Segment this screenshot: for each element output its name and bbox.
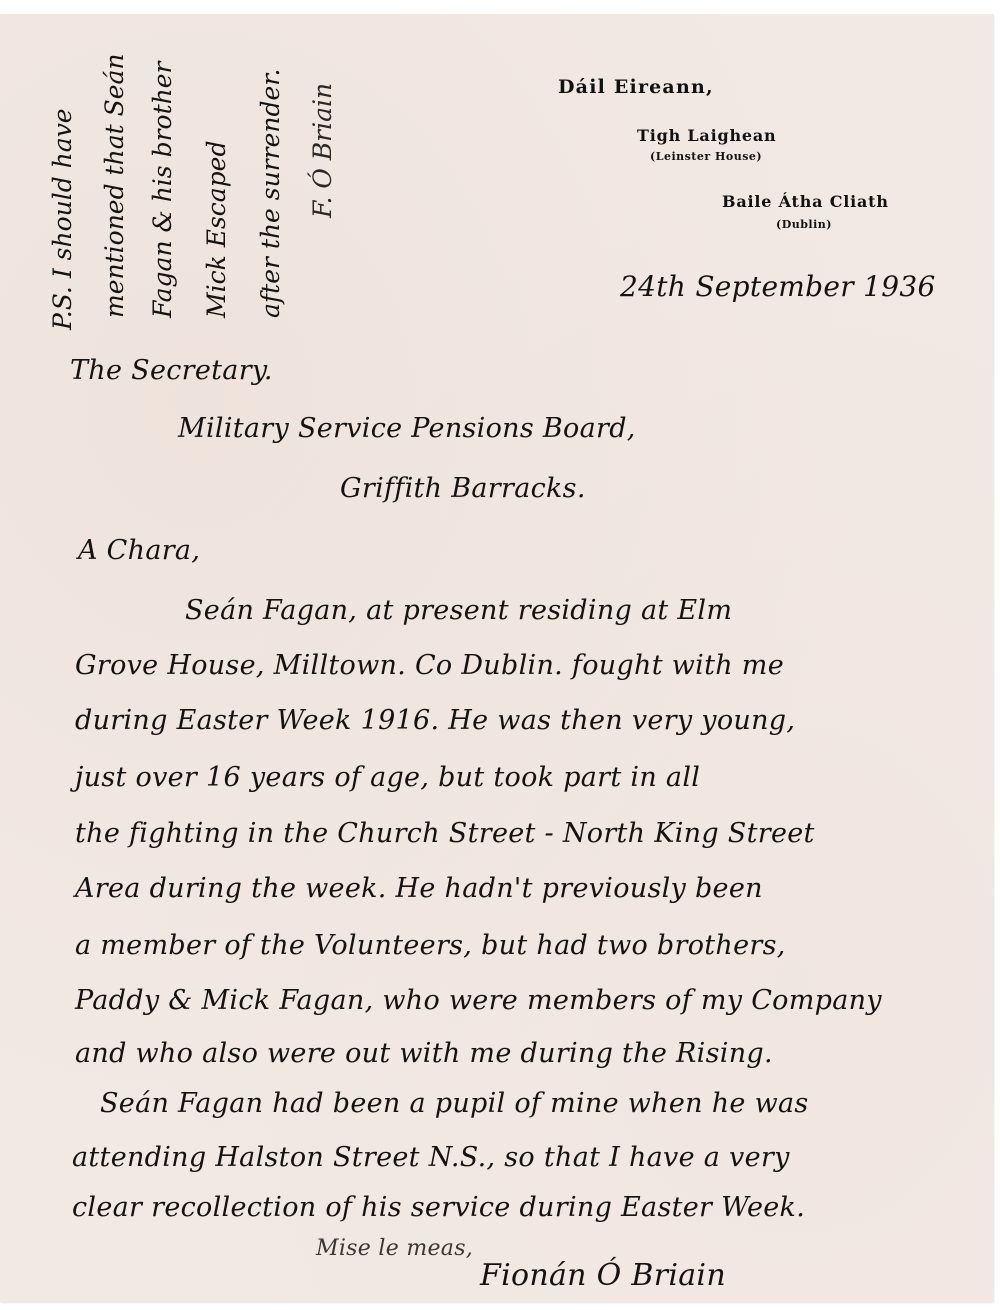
letterhead-building-english: (Leinster House) (650, 150, 762, 163)
body-line: attending Halston Street N.S., so that I… (72, 1142, 790, 1173)
body-line: Grove House, Milltown. Co Dublin. fought… (75, 650, 784, 681)
postscript-line: mentioned that Seán (100, 53, 129, 318)
postscript-line: P.S. I should have (48, 108, 77, 330)
letterhead-city-irish: Baile Átha Cliath (722, 192, 889, 211)
letterhead-title: Dáil Eireann, (558, 76, 714, 98)
recipient-address: Griffith Barracks. (340, 473, 586, 504)
letterhead-building-irish: Tigh Laighean (637, 126, 776, 145)
signature: Fionán Ó Briain (480, 1258, 726, 1293)
body-line: Paddy & Mick Fagan, who were members of … (75, 985, 882, 1016)
body-line: clear recollection of his service during… (72, 1192, 805, 1223)
recipient-organization: Military Service Pensions Board, (178, 413, 636, 444)
closing: Mise le meas, (316, 1236, 473, 1261)
letterhead-city-english: (Dublin) (776, 218, 832, 231)
postscript-line: after the surrender. (256, 69, 285, 318)
recipient-title: The Secretary. (70, 355, 273, 386)
body-line: Seán Fagan, at present residing at Elm (185, 595, 732, 626)
salutation: A Chara, (78, 535, 200, 566)
body-line: Area during the week. He hadn't previous… (75, 873, 763, 904)
postscript-line: Mick Escaped (202, 141, 231, 318)
body-line: Seán Fagan had been a pupil of mine when… (100, 1088, 809, 1119)
body-line: and who also were out with me during the… (75, 1038, 773, 1069)
postscript-initials: F. Ó Briain (308, 83, 337, 218)
body-line: a member of the Volunteers, but had two … (75, 930, 786, 961)
letter-date: 24th September 1936 (620, 270, 936, 303)
body-line: during Easter Week 1916. He was then ver… (75, 705, 795, 736)
postscript-line: Fagan & his brother (148, 62, 177, 318)
body-line: just over 16 years of age, but took part… (75, 762, 700, 793)
body-line: the fighting in the Church Street - Nort… (75, 818, 815, 849)
